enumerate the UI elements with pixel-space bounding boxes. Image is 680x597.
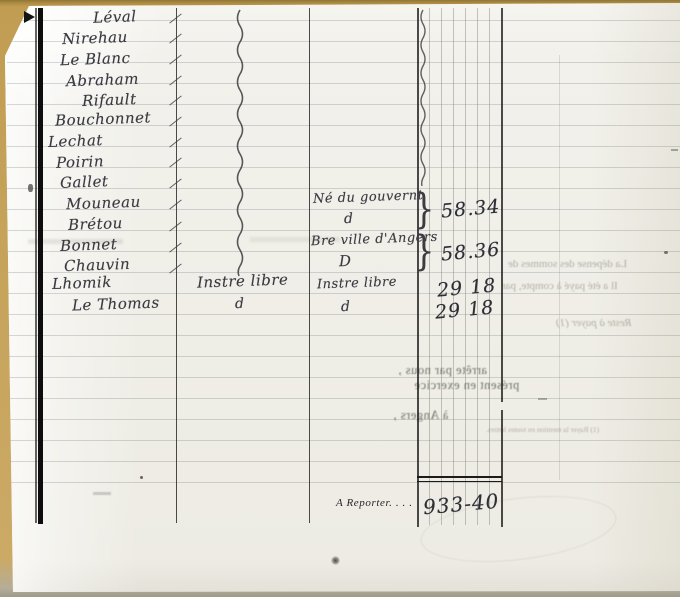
name-entry: Bonnet bbox=[60, 235, 118, 255]
reporter-label: A Reporter. . . . bbox=[336, 497, 413, 509]
name-entry: Lechat bbox=[48, 131, 103, 151]
bleedthrough-text: arrête par nous , bbox=[398, 363, 487, 378]
margin-line-thick bbox=[38, 8, 43, 524]
money-subcolumn-line bbox=[453, 8, 454, 525]
grouping-brace: } bbox=[414, 231, 435, 271]
bleedthrough-text: Reste à payer (1) bbox=[556, 317, 631, 329]
name-entry: Abraham bbox=[66, 70, 139, 91]
total-box-rule-bottom bbox=[417, 481, 502, 483]
money-subcolumn-line bbox=[465, 8, 466, 525]
col3-ditto: D bbox=[339, 252, 352, 270]
bleedthrough-text: La dépense des sommes de bbox=[508, 258, 627, 270]
ledger-page-paper: La dépense des sommes de Il a été payé à… bbox=[0, 0, 680, 597]
name-entry: Le Thomas bbox=[72, 293, 160, 314]
name-entry: Chauvin bbox=[64, 255, 131, 275]
speck bbox=[671, 149, 678, 151]
bleedthrough-footnote: (1) Rayer la mention en toutes lettres. bbox=[486, 425, 599, 434]
bleedthrough-text: à Angers , bbox=[393, 408, 448, 423]
col2-ditto: d bbox=[235, 296, 245, 312]
money-subcolumn-line bbox=[441, 8, 442, 525]
bleedthrough-text: Il a été payé à compte, par bbox=[502, 280, 618, 292]
bleedthrough-text: présent en exercice bbox=[414, 378, 519, 393]
margin-line-thin bbox=[35, 8, 37, 523]
col3-ditto: d bbox=[344, 211, 354, 227]
column-line-4-upper bbox=[501, 8, 503, 402]
money-subcolumn-line bbox=[489, 8, 490, 525]
speck bbox=[140, 476, 143, 479]
corner-marker-triangle-icon bbox=[24, 11, 35, 23]
col2-annotation: Instre libre bbox=[197, 270, 289, 291]
ditto-squiggle-column2 bbox=[229, 8, 251, 276]
name-entry: Poirin bbox=[56, 152, 105, 172]
ditto-squiggle-column4 bbox=[414, 10, 432, 190]
name-entry: Mouneau bbox=[66, 193, 141, 214]
pencil-dash bbox=[93, 492, 111, 495]
money-subcolumn-line bbox=[477, 8, 478, 525]
name-entry: Lhomik bbox=[52, 273, 112, 293]
grouping-brace: } bbox=[414, 189, 435, 229]
col3-ditto: d bbox=[341, 299, 351, 315]
name-entry: Rifault bbox=[82, 90, 137, 110]
column-line-2 bbox=[309, 8, 310, 523]
name-entry: Le Blanc bbox=[60, 49, 131, 69]
speck bbox=[664, 251, 668, 254]
ink-dot-stain bbox=[331, 556, 340, 565]
name-entry: Brétou bbox=[68, 214, 123, 234]
col3-annotation: Instre libre bbox=[317, 275, 397, 293]
name-entry: Nirehau bbox=[62, 28, 128, 48]
paper-edge-mark bbox=[28, 184, 33, 192]
name-entry: Gallet bbox=[60, 172, 109, 192]
name-entry: Léval bbox=[93, 7, 137, 27]
column-line-4-lower bbox=[501, 410, 503, 527]
pencil-dash bbox=[538, 398, 547, 400]
total-box-rule-top bbox=[417, 476, 502, 478]
name-entry: Bouchonnet bbox=[55, 108, 152, 129]
